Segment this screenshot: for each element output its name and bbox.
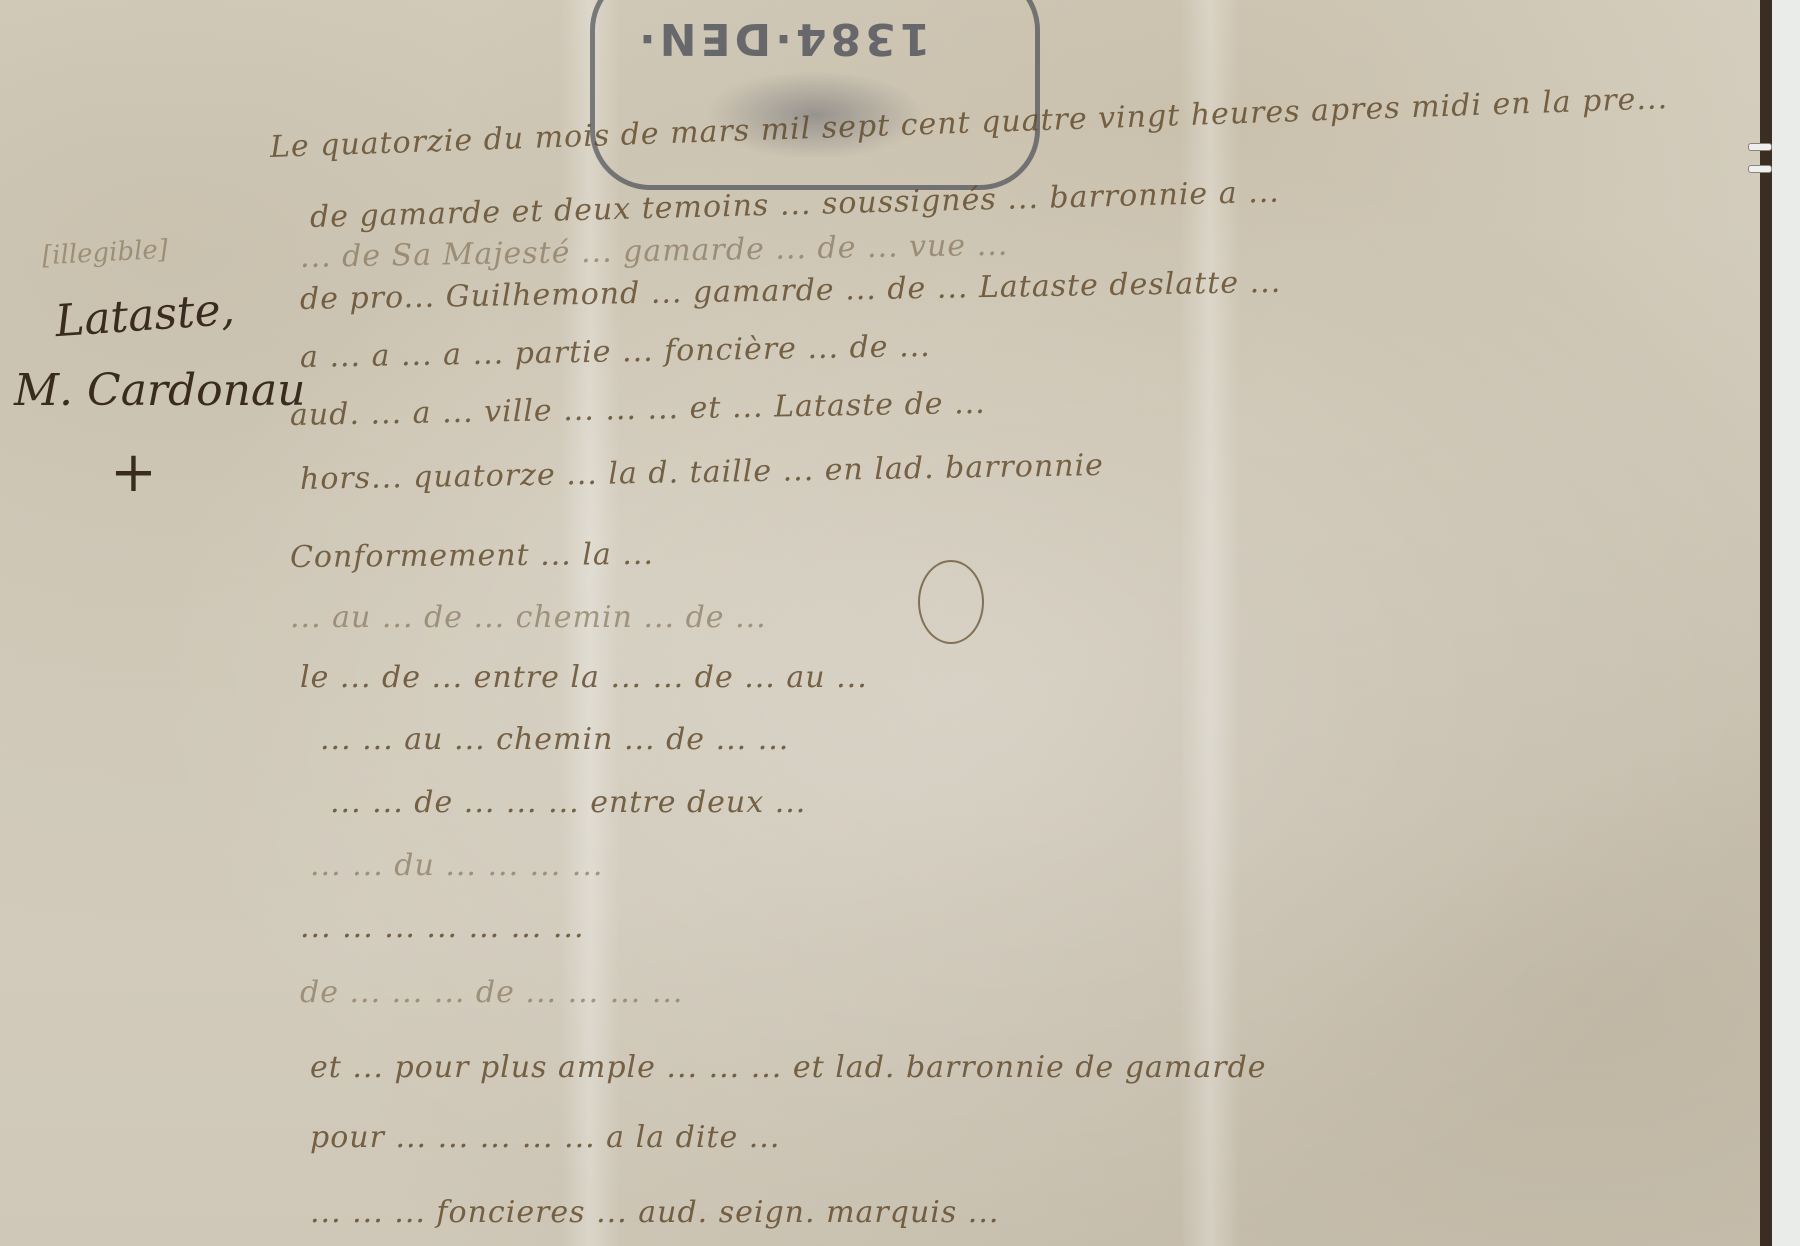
- background-margin: [1772, 0, 1800, 1246]
- text-line-6: aud. ... a ... ville ... ... ... et ... …: [290, 386, 986, 433]
- text-line-7: hors... quatorze ... la d. taille ... en…: [300, 448, 1105, 497]
- margin-faint-note: [illegible]: [41, 235, 168, 272]
- text-line-9: ... au ... de ... chemin ... de ...: [290, 600, 767, 635]
- text-line-12: ... ... de ... ... ... entre deux ...: [330, 785, 806, 820]
- text-line-8: Conformement ... la ...: [290, 537, 654, 575]
- binding-stitch: [1748, 143, 1772, 151]
- text-line-10: le ... de ... entre la ... ... de ... au…: [300, 660, 868, 695]
- text-line-13: ... ... du ... ... ... ...: [310, 848, 603, 883]
- text-line-4: de pro... Guilhemond ... gamarde ... de …: [300, 265, 1282, 317]
- page-edge: [1760, 0, 1772, 1246]
- margin-signature-cardonau: M. Cardonau: [14, 365, 306, 416]
- margin-signature-lataste: Lataste,: [53, 284, 236, 347]
- text-line-16: et ... pour plus ample ... ... ... et la…: [310, 1050, 1267, 1085]
- text-line-14: ... ... ... ... ... ... ...: [300, 910, 584, 945]
- stamp-text: 1384·DEN·: [635, 13, 930, 64]
- binding-stitch: [1748, 165, 1772, 173]
- parchment-page: 1384·DEN· [illegible] Lataste, M. Cardon…: [0, 0, 1760, 1246]
- text-line-5: a ... a ... a ... partie ... foncière ..…: [300, 329, 931, 375]
- text-line-17: pour ... ... ... ... ... a la dite ...: [310, 1120, 780, 1155]
- text-line-18: ... ... ... foncieres ... aud. seign. ma…: [310, 1195, 999, 1230]
- ink-stamp: 1384·DEN·: [590, 0, 1040, 190]
- margin-cross-mark: +: [110, 440, 157, 505]
- text-line-11: ... ... au ... chemin ... de ... ...: [320, 722, 789, 757]
- text-line-3: ... de Sa Majesté ... gamarde ... de ...…: [300, 228, 1009, 275]
- text-line-15: de ... ... ... de ... ... ... ...: [300, 975, 683, 1010]
- circled-annotation: [918, 560, 984, 644]
